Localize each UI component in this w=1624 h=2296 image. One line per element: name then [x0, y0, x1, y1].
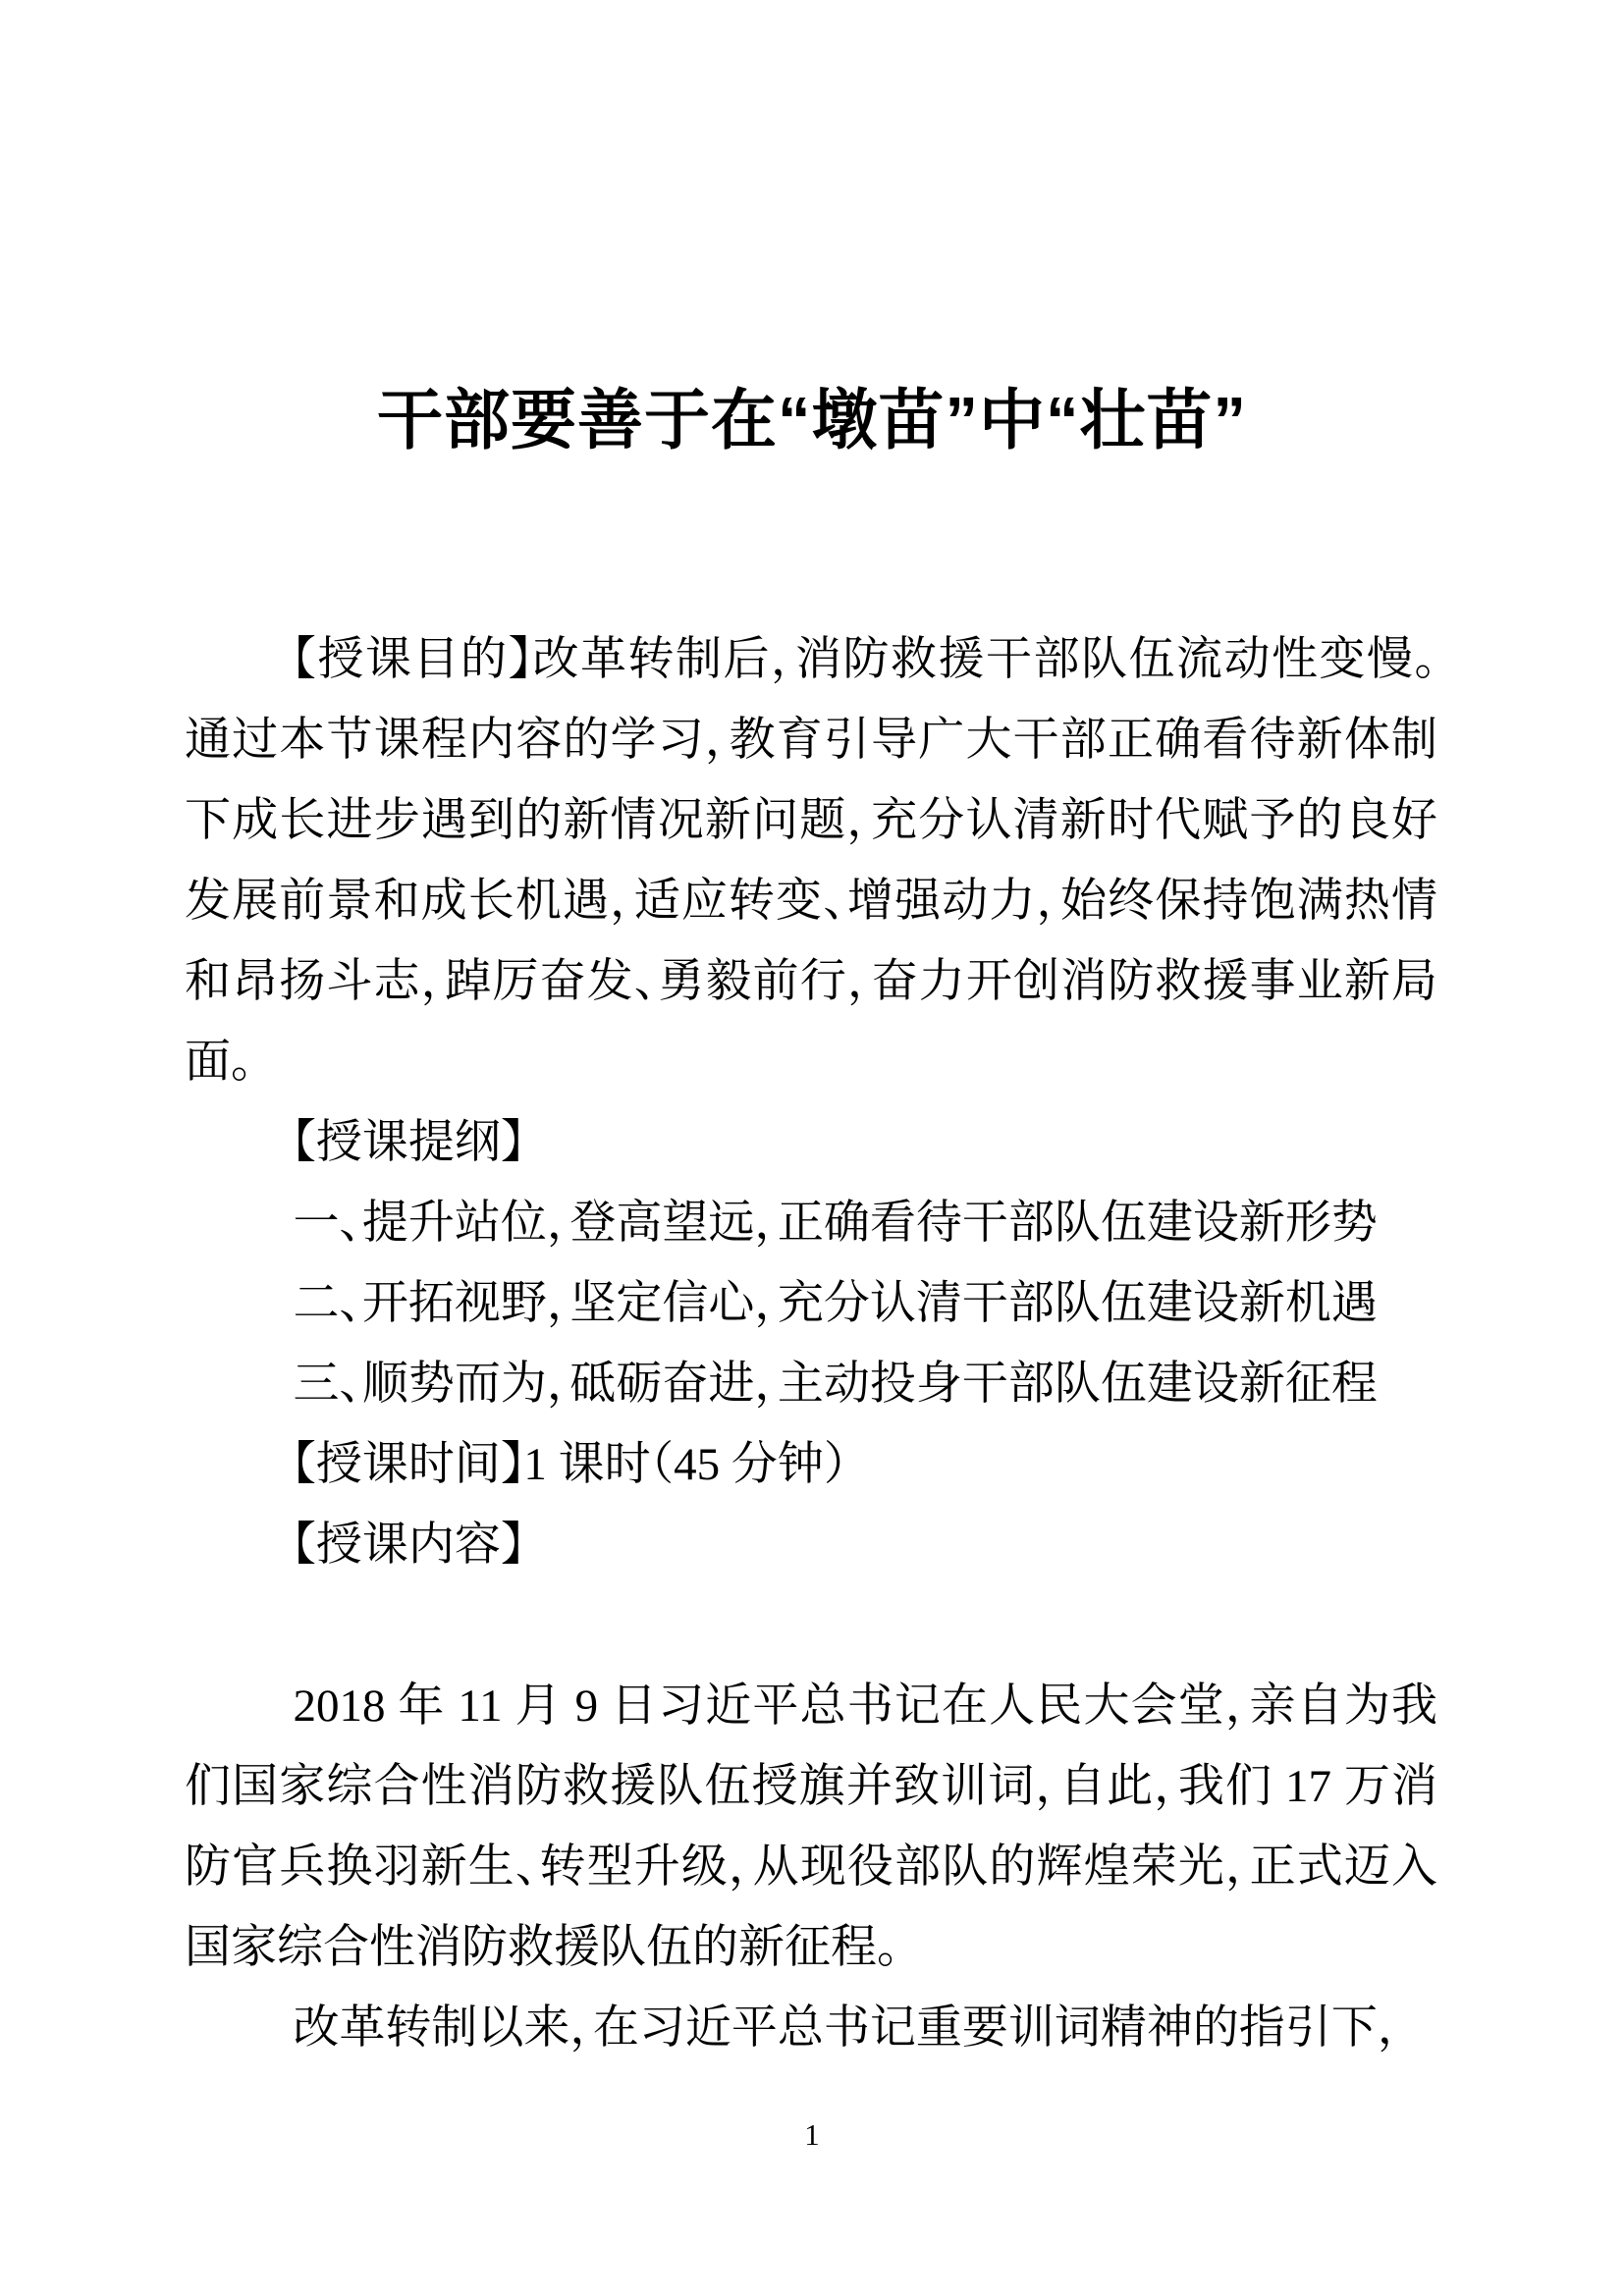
page-number: 1 — [0, 2114, 1624, 2156]
blank-line — [185, 1585, 1437, 1666]
paragraph-6: 【授课时间】1 课时（45 分钟） — [185, 1424, 1437, 1505]
paragraph-8: 2018 年 11 月 9 日习近平总书记在人民大会堂，亲自为我们国家综合性消防… — [185, 1666, 1437, 1988]
document-title: 干部要善于在“墩苗”中“壮苗” — [0, 381, 1624, 461]
paragraph-9: 改革转制以来，在习近平总书记重要训词精神的指引下， — [185, 1988, 1437, 2068]
document-body: 【授课目的】改革转制后，消防救援干部队伍流动性变慢。通过本节课程内容的学习，教育… — [185, 619, 1437, 2068]
paragraph-7: 【授课内容】 — [185, 1505, 1437, 1585]
paragraph-1: 【授课目的】改革转制后，消防救援干部队伍流动性变慢。通过本节课程内容的学习，教育… — [185, 619, 1437, 1102]
document-page: 干部要善于在“墩苗”中“壮苗” 【授课目的】改革转制后，消防救援干部队伍流动性变… — [0, 0, 1624, 2296]
paragraph-5: 三、顺势而为，砥砺奋进，主动投身干部队伍建设新征程 — [185, 1344, 1437, 1424]
paragraph-3: 一、提升站位，登高望远，正确看待干部队伍建设新形势 — [185, 1183, 1437, 1263]
paragraph-2: 【授课提纲】 — [185, 1102, 1437, 1183]
paragraph-4: 二、开拓视野，坚定信心，充分认清干部队伍建设新机遇 — [185, 1263, 1437, 1344]
